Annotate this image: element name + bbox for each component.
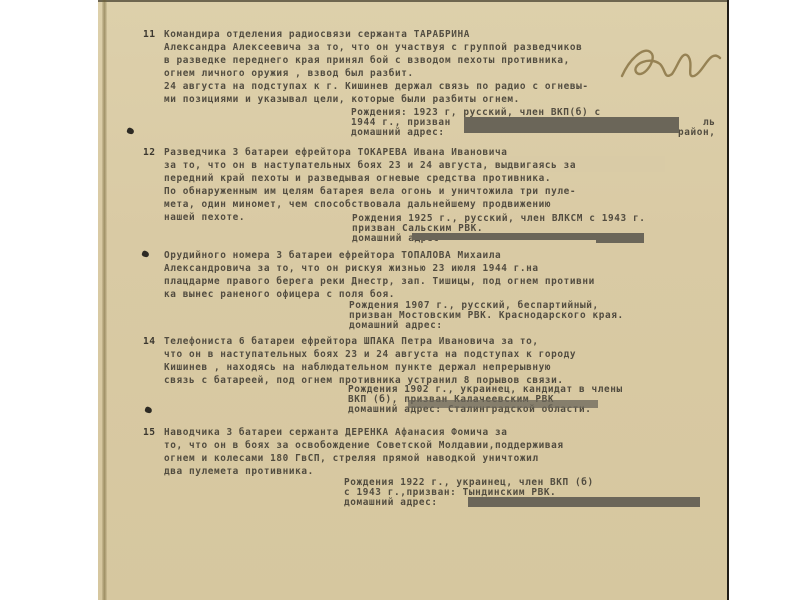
entry-number: 12 (143, 147, 156, 158)
entry-line: Наводчика 3 батареи сержанта ДЕРЕНКА Афа… (164, 427, 507, 439)
entry-line: то, что он в боях за освобождение Советс… (164, 440, 564, 452)
entry-line: Александровича за то, что он рискуя жизн… (164, 263, 539, 275)
entry-line: Орудийного номера 3 батареи ефрейтора ТО… (164, 250, 501, 262)
redaction-bar (408, 400, 598, 408)
entry-line: Кишинев , находясь на наблюдательном пун… (164, 362, 551, 374)
entry-line: Командира отделения радиосвязи сержанта … (164, 29, 470, 41)
entry-number: 14 (143, 336, 156, 347)
entry-line: ми позициями и указывал цели, которые бы… (164, 94, 520, 106)
entry-line: два пулемета противника. (164, 466, 314, 478)
ink-blot-mark (141, 250, 150, 258)
entry-line: мета, один миномет, чем способствовала д… (164, 199, 551, 211)
entry-number: 15 (143, 427, 156, 438)
entry-line: в разведке переднего края принял бой с в… (164, 55, 570, 67)
entry-line: 24 августа на подступах к г. Кишинев дер… (164, 81, 589, 93)
entry-line: нашей пехоте. (164, 212, 245, 224)
entry-line: огнем личного оружия , взвод был разбит. (164, 68, 414, 80)
entry-line: Разведчика 3 батареи ефрейтора ТОКАРЕВА … (164, 147, 507, 159)
bio-line: домашний адрес: (349, 320, 443, 332)
bio-line-tail: район, (678, 127, 715, 139)
redaction-bar (464, 117, 679, 133)
entry-line: огнем и колесами 180 ГвСП, стреляя прямо… (164, 453, 539, 465)
entry-line: передний край пехоты и разведывая огневы… (164, 173, 551, 185)
ink-blot-mark (126, 127, 135, 135)
handwritten-signature-icon (616, 36, 726, 84)
bio-line: домашний адрес: (351, 127, 445, 139)
redaction-bar (596, 233, 644, 243)
redaction-bar (468, 497, 700, 507)
entry-line: Александра Алексеевича за то, что он уча… (164, 42, 582, 54)
scanned-document-page: 11 Командира отделения радиосвязи сержан… (98, 0, 727, 600)
entry-line: за то, что он в наступательных боях 23 и… (164, 160, 576, 172)
entry-line: Телефониста 6 батареи ефрейтора ШПАКА Пе… (164, 336, 539, 348)
ink-blot-mark (144, 406, 153, 414)
entry-number: 11 (143, 29, 156, 40)
entry-line: что он в наступательных боях 23 и 24 авг… (164, 349, 576, 361)
bio-line: домашний адрес: (344, 497, 438, 509)
entry-line: По обнаруженным им целям батарея вела ог… (164, 186, 576, 198)
entry-line: плацдарме правого берега реки Днестр, за… (164, 276, 595, 288)
redaction-bar (412, 233, 596, 240)
paper-fold-crease (102, 0, 107, 600)
